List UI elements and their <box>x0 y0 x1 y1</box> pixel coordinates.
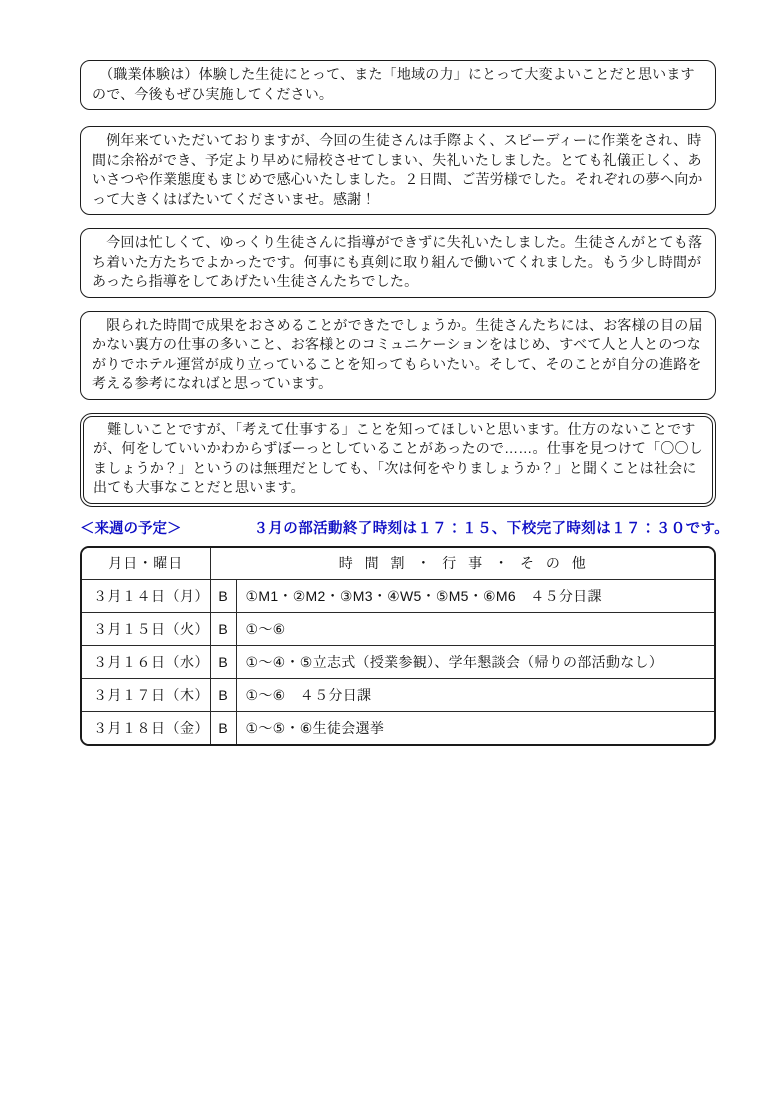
table-row: ３月１６日（水） B ①～④・⑤立志式（授業参観）、学年懇談会（帰りの部活動なし… <box>82 645 714 678</box>
header-date-cell: 月日・曜日 <box>82 548 210 580</box>
table-row: ３月１５日（火） B ①～⑥ <box>82 612 714 645</box>
table-header-row: 月日・曜日 時間割・行事・その他 <box>82 548 714 580</box>
day-type-cell: B <box>210 579 236 612</box>
comment-box-5: 難しいことですが、「考えて仕事する」ことを知ってほしいと思います。仕方のないこと… <box>80 413 716 507</box>
details-cell: ①～⑥ <box>236 612 714 645</box>
date-cell: ３月１８日（金） <box>82 711 210 744</box>
comment-box-4: 限られた時間で成果をおさめることができたでしょうか。生徒さんたちには、お客様の目… <box>80 311 716 400</box>
comment-text: 難しいことですが、「考えて仕事する」ことを知ってほしいと思います。仕方のないこと… <box>93 420 703 498</box>
details-cell: ①M1・②M2・③M3・④W5・⑤M5・⑥M6 ４５分日課 <box>236 579 714 612</box>
details-cell: ①～④・⑤立志式（授業参観）、学年懇談会（帰りの部活動なし） <box>236 645 714 678</box>
schedule-heading: ＜来週の予定＞ <box>80 520 182 538</box>
comment-text: 今回は忙しくて、ゆっくり生徒さんに指導ができずに失礼いたしました。生徒さんがとて… <box>92 233 704 292</box>
date-cell: ３月１７日（木） <box>82 678 210 711</box>
day-type-cell: B <box>210 711 236 744</box>
comment-box-3: 今回は忙しくて、ゆっくり生徒さんに指導ができずに失礼いたしました。生徒さんがとて… <box>80 228 716 298</box>
comment-text: 限られた時間で成果をおさめることができたでしょうか。生徒さんたちには、お客様の目… <box>92 316 704 394</box>
comment-box-1: （職業体験は）体験した生徒にとって、また「地域の力」にとって大変よいことだと思い… <box>80 60 716 110</box>
table-row: ３月１８日（金） B ①～⑤・⑥生徒会選挙 <box>82 711 714 744</box>
schedule-table: 月日・曜日 時間割・行事・その他 ３月１４日（月） B ①M1・②M2・③M3・… <box>82 548 714 744</box>
document-page: （職業体験は）体験した生徒にとって、また「地域の力」にとって大変よいことだと思い… <box>0 0 777 1100</box>
comment-text: （職業体験は）体験した生徒にとって、また「地域の力」にとって大変よいことだと思い… <box>92 65 704 104</box>
details-cell: ①～⑤・⑥生徒会選挙 <box>236 711 714 744</box>
document-content: （職業体験は）体験した生徒にとって、また「地域の力」にとって大変よいことだと思い… <box>80 60 716 746</box>
schedule-heading-line: ＜来週の予定＞ ３月の部活動終了時刻は１７：１５、下校完了時刻は１７：３０です。 <box>80 520 716 538</box>
date-cell: ３月１５日（火） <box>82 612 210 645</box>
day-type-cell: B <box>210 678 236 711</box>
table-row: ３月１４日（月） B ①M1・②M2・③M3・④W5・⑤M5・⑥M6 ４５分日課 <box>82 579 714 612</box>
comment-box-5-inner: 難しいことですが、「考えて仕事する」ことを知ってほしいと思います。仕方のないこと… <box>83 416 713 504</box>
day-type-cell: B <box>210 645 236 678</box>
details-cell: ①～⑥ ４５分日課 <box>236 678 714 711</box>
date-cell: ３月１６日（水） <box>82 645 210 678</box>
comment-text: 例年来ていただいておりますが、今回の生徒さんは手際よく、スピーディーに作業をされ… <box>92 131 704 209</box>
schedule-notice: ３月の部活動終了時刻は１７：１５、下校完了時刻は１７：３０です。 <box>254 520 730 538</box>
date-cell: ３月１４日（月） <box>82 579 210 612</box>
comment-box-2: 例年来ていただいておりますが、今回の生徒さんは手際よく、スピーディーに作業をされ… <box>80 126 716 215</box>
schedule-table-wrapper: 月日・曜日 時間割・行事・その他 ３月１４日（月） B ①M1・②M2・③M3・… <box>80 546 716 746</box>
day-type-cell: B <box>210 612 236 645</box>
table-row: ３月１７日（木） B ①～⑥ ４５分日課 <box>82 678 714 711</box>
header-details-cell: 時間割・行事・その他 <box>210 548 714 580</box>
